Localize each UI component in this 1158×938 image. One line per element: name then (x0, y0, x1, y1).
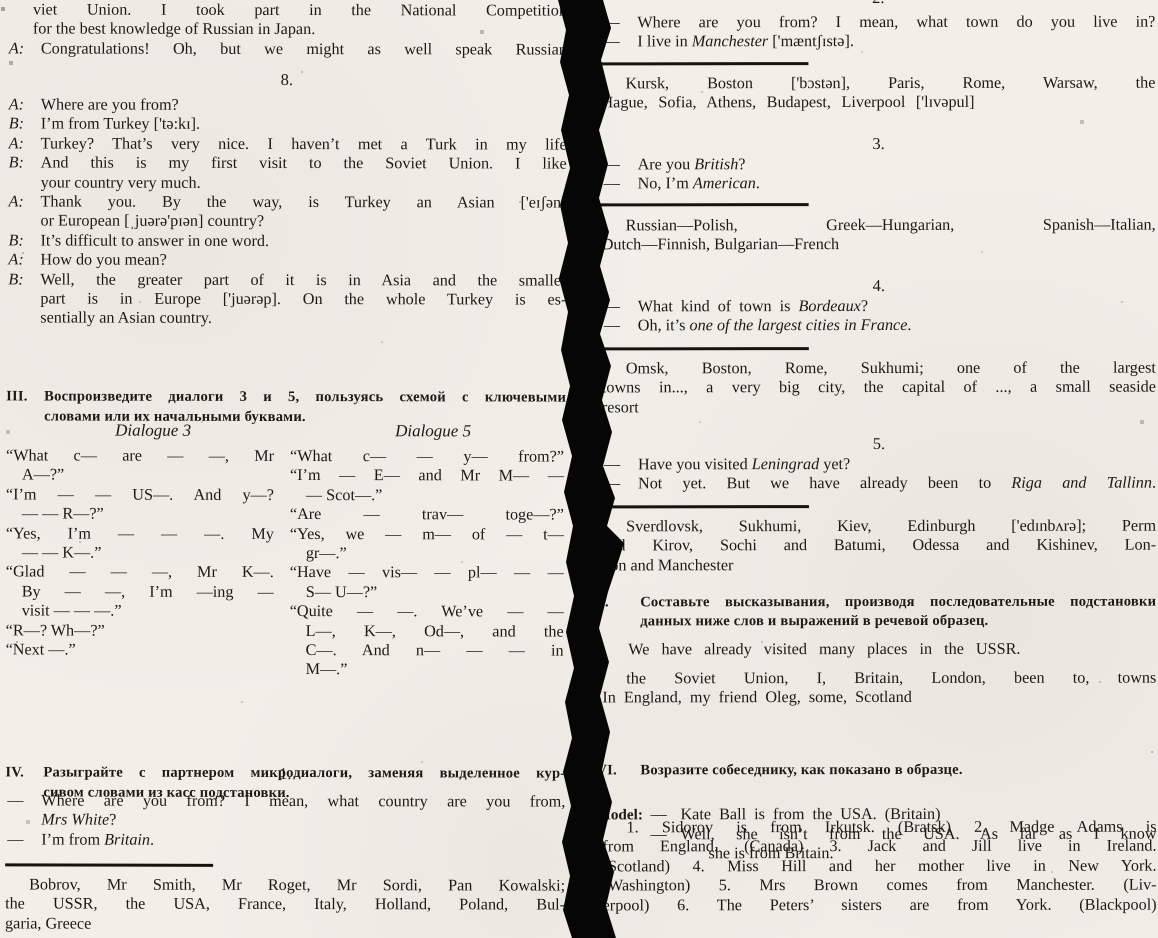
text-line: Turkey? That’s very nice. I haven’t met … (41, 134, 567, 155)
item-number-3: 3. (602, 134, 1156, 154)
text-line: resort (602, 397, 1156, 417)
micro-dialogue-5: — Have you visited Leningrad yet? — Not … (602, 455, 1156, 495)
speaker-label: B: (9, 154, 24, 173)
text-line: I live in Manchester ['mæntʃɪstə]. (637, 32, 1155, 52)
item-number-4: 4. (602, 276, 1156, 296)
text-line: viet Union. I took part in the National … (7, 0, 567, 21)
dialogue-line: — Where are you from? I mean, what town … (601, 13, 1155, 33)
divider-rule (596, 505, 809, 508)
text-line: In England, my friend Oleg, some, Scotla… (602, 688, 1156, 708)
micro-dialogue-1: — Where are you from? I mean, what count… (5, 791, 565, 850)
dialogue-line: — What kind of town is Bordeaux? (602, 297, 1156, 317)
text-line: Where are you from? I mean, what country… (41, 791, 565, 812)
micro-dialogue-4: — What kind of town is Bordeaux? — Oh, i… (602, 297, 1156, 337)
text-run: ['mæntʃɪstə]. (768, 32, 854, 50)
left-page: viet Union. I took part in the National … (5, 0, 567, 938)
text-line: — — K—.” (6, 543, 274, 563)
text-run: What kind of town is (638, 297, 799, 315)
dialogue-8: A: Where are you from? B: I’m from Turke… (6, 95, 566, 329)
dialogue-line: — Oh, it’s one of the largest cities in … (602, 316, 1156, 336)
text-line: — — R—?” (6, 505, 274, 525)
roman-numeral: VI. (596, 761, 616, 780)
text-run: . (150, 831, 154, 849)
text-line: What kind of town is Bordeaux? (638, 297, 1156, 317)
text-line: It’s difficult to answer in one word. (40, 231, 566, 252)
text-line: erpool) 6. The Peters’ sisters are from … (603, 895, 1157, 915)
exercise-6-sentences: 1. Sidorov is from Irkutsk. (Bratsk) 2. … (602, 818, 1156, 916)
text-line: Mrs White? (41, 811, 565, 832)
text-run: Manchester (692, 33, 768, 51)
speaker-label: B: (8, 231, 23, 250)
text-line: the Soviet Union, I, Britain, London, be… (602, 669, 1156, 689)
text-line: Dutch—Finnish, Bulgarian—French (602, 235, 1156, 255)
dash-glyph: — (603, 33, 619, 52)
dash-glyph: — (603, 13, 619, 32)
micro-dialogue-2: — Where are you from? I mean, what town … (601, 13, 1155, 53)
dash-glyph: — (604, 317, 620, 336)
right-page: 2. — Where are you from? I mean, what to… (601, 0, 1156, 938)
dialogue-line: — I live in Manchester ['mæntʃɪstə]. (601, 32, 1155, 52)
dialogue-line: — Have you visited Leningrad yet? (602, 455, 1156, 475)
dialogue-utterance: B: And this is my first visit to the Sov… (7, 154, 567, 194)
text-run: one of the largest cities in France (690, 316, 908, 334)
exercise-heading-5: V. Составьте высказывания, производя пос… (602, 593, 1156, 633)
divider-rule (595, 62, 808, 65)
text-line: garia, Greece (5, 914, 565, 935)
dialogue-utterance: B: I’m from Turkey ['tə:kɪ]. (7, 115, 567, 136)
text-line: Well, the greater part of it is in Asia … (40, 270, 566, 291)
text-line: Congratulations! Oh, but we might as wel… (41, 39, 567, 60)
scanned-textbook-spread: viet Union. I took part in the National … (0, 0, 1158, 938)
dialogue-utterance: A: Congratulations! Oh, but we might as … (7, 39, 567, 60)
text-line: I’m from Turkey ['tə:kɪ]. (41, 115, 567, 136)
item-number-2: 2. (601, 0, 1155, 8)
dash-glyph: — (604, 475, 620, 494)
dialogue-line: — No, I’m American. (602, 174, 1156, 194)
exercise-heading-6: VI. Возразите собеседнику, как показано … (602, 760, 1156, 780)
speaker-label: A: (8, 251, 23, 270)
text-line: towns in..., a very big city, the capita… (602, 378, 1156, 398)
dash-glyph: — (7, 830, 23, 849)
speaker-label: B: (9, 115, 24, 134)
dash-glyph: — (604, 297, 620, 316)
dialogue-utterance: A: How do you mean? (6, 251, 566, 272)
text-line: Not yet. But we have already been to Rig… (638, 474, 1156, 494)
text-run: ? (861, 297, 868, 315)
text-line: Kursk, Boston ['bɔstən], Paris, Rome, Wa… (601, 74, 1155, 94)
text-line: sentially an Asian country. (40, 309, 566, 330)
dialogue-3-title: Dialogue 3 (115, 421, 191, 441)
text-line: for the best knowledge of Russian in Jap… (7, 20, 567, 41)
text-line: “Have — vis— — pl— — — (290, 563, 564, 583)
text-line: Are you British? (638, 155, 1156, 175)
continued-paragraph: viet Union. I took part in the National … (7, 0, 567, 40)
substitution-list: Russian—Polish, Greek—Hungarian, Spanish… (602, 216, 1156, 256)
text-line: Russian—Polish, Greek—Hungarian, Spanish… (602, 216, 1156, 236)
text-run: ? (109, 811, 116, 829)
text-line: “I’m — E— and Mr M— — (290, 466, 564, 486)
text-line: Sverdlovsk, Sukhumi, Kiev, Edinburgh ['e… (602, 517, 1156, 537)
text-run: American (693, 175, 756, 193)
text-line: “Next —.” (6, 640, 274, 660)
text-line: S— U—?” (290, 583, 564, 603)
text-run: Not yet. But we have already been to (638, 474, 1011, 493)
text-line: A—?” (6, 466, 274, 486)
text-line: “What c— are — —, Mr (6, 446, 274, 466)
text-run: Leningrad (752, 455, 819, 473)
text-run: . (907, 316, 911, 334)
dialogue-3-column: “What c— are — —, Mr A—?” “I’m — — US—. … (6, 446, 274, 660)
substitution-list: Kursk, Boston ['bɔstən], Paris, Rome, Wa… (601, 74, 1155, 114)
speaker-label: A: (9, 39, 24, 58)
text-line: And this is my first visit to the Soviet… (41, 154, 567, 175)
text-run: ? (738, 155, 745, 173)
text-line: (Washington) 5. Mrs Brown comes from Man… (603, 876, 1157, 896)
text-line: L—, K—, Od—, and the (290, 622, 564, 642)
text-line: Hague, Sofia, Athens, Budapest, Liverpoo… (601, 93, 1155, 113)
text-line: gr—.” (290, 544, 564, 564)
dialogue-line: — I’m from Britain. (5, 830, 565, 851)
exercise-heading-3: III. Воспроизведите диалоги 3 и 5, польз… (6, 388, 566, 428)
text-line: or European [ˌjuərə'pɪən] country? (40, 212, 566, 233)
dialogue-utterance: A: Where are you from? (7, 95, 567, 116)
divider-rule (5, 863, 213, 866)
section-number-8: 8. (7, 69, 567, 90)
roman-numeral: V. (596, 593, 609, 612)
dialogue-schemes: “What c— are — —, Mr A—?” “I’m — — US—. … (6, 446, 566, 683)
text-run: Mrs White (41, 811, 109, 829)
substitution-list: the Soviet Union, I, Britain, London, be… (602, 669, 1156, 709)
text-run: Riga and Tallinn (1011, 474, 1152, 492)
dash-glyph: — (604, 155, 620, 174)
text-line: “Yes, we — m— of — t— (290, 525, 564, 545)
text-run: I live in (637, 33, 691, 51)
text-line: Where are you from? I mean, what town do… (637, 13, 1155, 33)
text-line: “What c— — y— from?” (290, 447, 564, 467)
text-line: C—. And n— — — in (290, 641, 564, 661)
text-run: Have you visited (638, 455, 752, 473)
text-line: данных ниже слов и выражений в речевой о… (640, 612, 1156, 632)
text-run: Bordeaux (798, 297, 860, 315)
text-run: Are you (638, 155, 695, 173)
speaker-label: B: (8, 270, 23, 289)
text-line: your country very much. (41, 173, 567, 194)
text-line: the USSR, the USA, France, Italy, Hollan… (5, 895, 565, 916)
dialogue-utterance: A: Thank you. By the way, is Turkey an A… (6, 192, 566, 232)
dialogue-utterance: A: Turkey? That’s very nice. I haven’t m… (7, 134, 567, 155)
speaker-label: A: (9, 192, 24, 211)
text-line: — Scot—.” (290, 486, 564, 506)
text-run: . (756, 175, 760, 193)
text-line: By — —, I’m —ing — (6, 582, 274, 602)
text-line: How do you mean? (40, 251, 566, 272)
text-run: No, I’m (638, 175, 693, 193)
item-number-5: 5. (602, 434, 1156, 454)
text-line: “I’m — — US—. And y—? (6, 485, 274, 505)
text-line: don and Manchester (602, 555, 1156, 575)
speaker-label: A: (9, 134, 24, 153)
text-line: 1. Sidorov is from Irkutsk. (Bratsk) 2. … (602, 818, 1156, 838)
text-line: Воспроизведите диалоги 3 и 5, пользуясь … (44, 388, 566, 408)
dialogue-line: — Are you British? (602, 155, 1156, 175)
dialogue-utterance: B: It’s difficult to answer in one word. (6, 231, 566, 252)
dialogue-5-title: Dialogue 5 (395, 421, 471, 441)
text-line: Thank you. By the way, is Turkey an Asia… (41, 193, 567, 214)
text-line: Возразите собеседнику, как показано в об… (640, 760, 1156, 780)
substitution-list: Sverdlovsk, Sukhumi, Kiev, Edinburgh ['e… (602, 517, 1156, 576)
text-line: “Quite — —. We’ve — — (290, 602, 564, 622)
scan-noise-specks (0, 0, 2, 2)
divider-rule (596, 203, 809, 206)
text-line: Составьте высказывания, производя послед… (640, 593, 1156, 613)
text-run: Britain (104, 830, 150, 848)
text-line: Bobrov, Mr Smith, Mr Roget, Mr Sordi, Pa… (5, 875, 565, 896)
dialogue-line: — Where are you from? I mean, what count… (5, 791, 565, 831)
text-line: Have you visited Leningrad yet? (638, 455, 1156, 475)
text-line: “R—? Wh—?” (6, 621, 274, 641)
text-run: Oh, it’s (638, 317, 690, 335)
divider-rule (596, 347, 809, 350)
text-line: (Scotland) 4. Miss Hill and her mother l… (603, 856, 1157, 876)
dash-glyph: — (604, 455, 620, 474)
speech-pattern: We have already visited many places in t… (602, 640, 1156, 660)
text-line: from England. (Canada) 3. Jack and Jill … (603, 837, 1157, 857)
dash-glyph: — (604, 175, 620, 194)
text-line: I’m from Britain. (41, 830, 565, 851)
text-line: M—.” (290, 660, 564, 680)
text-line: Where are you from? (41, 95, 567, 116)
text-run: yet? (819, 455, 850, 473)
text-line: “Are — trav— toge—?” (290, 505, 564, 525)
dialogue-utterance: B: Well, the greater part of it is in As… (6, 270, 566, 329)
substitution-list: Bobrov, Mr Smith, Mr Roget, Mr Sordi, Pa… (5, 875, 565, 934)
text-run: British (694, 155, 738, 173)
text-line: “Yes, I’m — — —. My (6, 524, 274, 544)
text-line: part is in Europe ['juərəp]. On the whol… (40, 290, 566, 311)
text-line: “Glad — — —, Mr K—. (6, 563, 274, 583)
dialogue-line: — Not yet. But we have already been to R… (602, 474, 1156, 494)
text-run: . (1152, 474, 1156, 492)
text-line: Omsk, Boston, Rome, Sukhumi; one of the … (602, 359, 1156, 379)
text-line: and Kirov, Sochi and Batumi, Odessa and … (602, 536, 1156, 556)
item-number-1: 1. (5, 763, 565, 784)
text-line: Oh, it’s one of the largest cities in Fr… (638, 316, 1156, 336)
text-line: visit — — —.” (6, 602, 274, 622)
micro-dialogue-3: — Are you British? — No, I’m American. (602, 155, 1156, 195)
dash-glyph: — (7, 791, 23, 810)
dialogue-5-column: “What c— — y— from?” “I’m — E— and Mr M—… (290, 447, 564, 680)
text-run: I’m from (41, 830, 104, 848)
substitution-list: Omsk, Boston, Rome, Sukhumi; one of the … (602, 359, 1156, 418)
roman-numeral: III. (6, 388, 28, 407)
text-line: No, I’m American. (638, 174, 1156, 194)
speaker-label: A: (9, 95, 24, 114)
